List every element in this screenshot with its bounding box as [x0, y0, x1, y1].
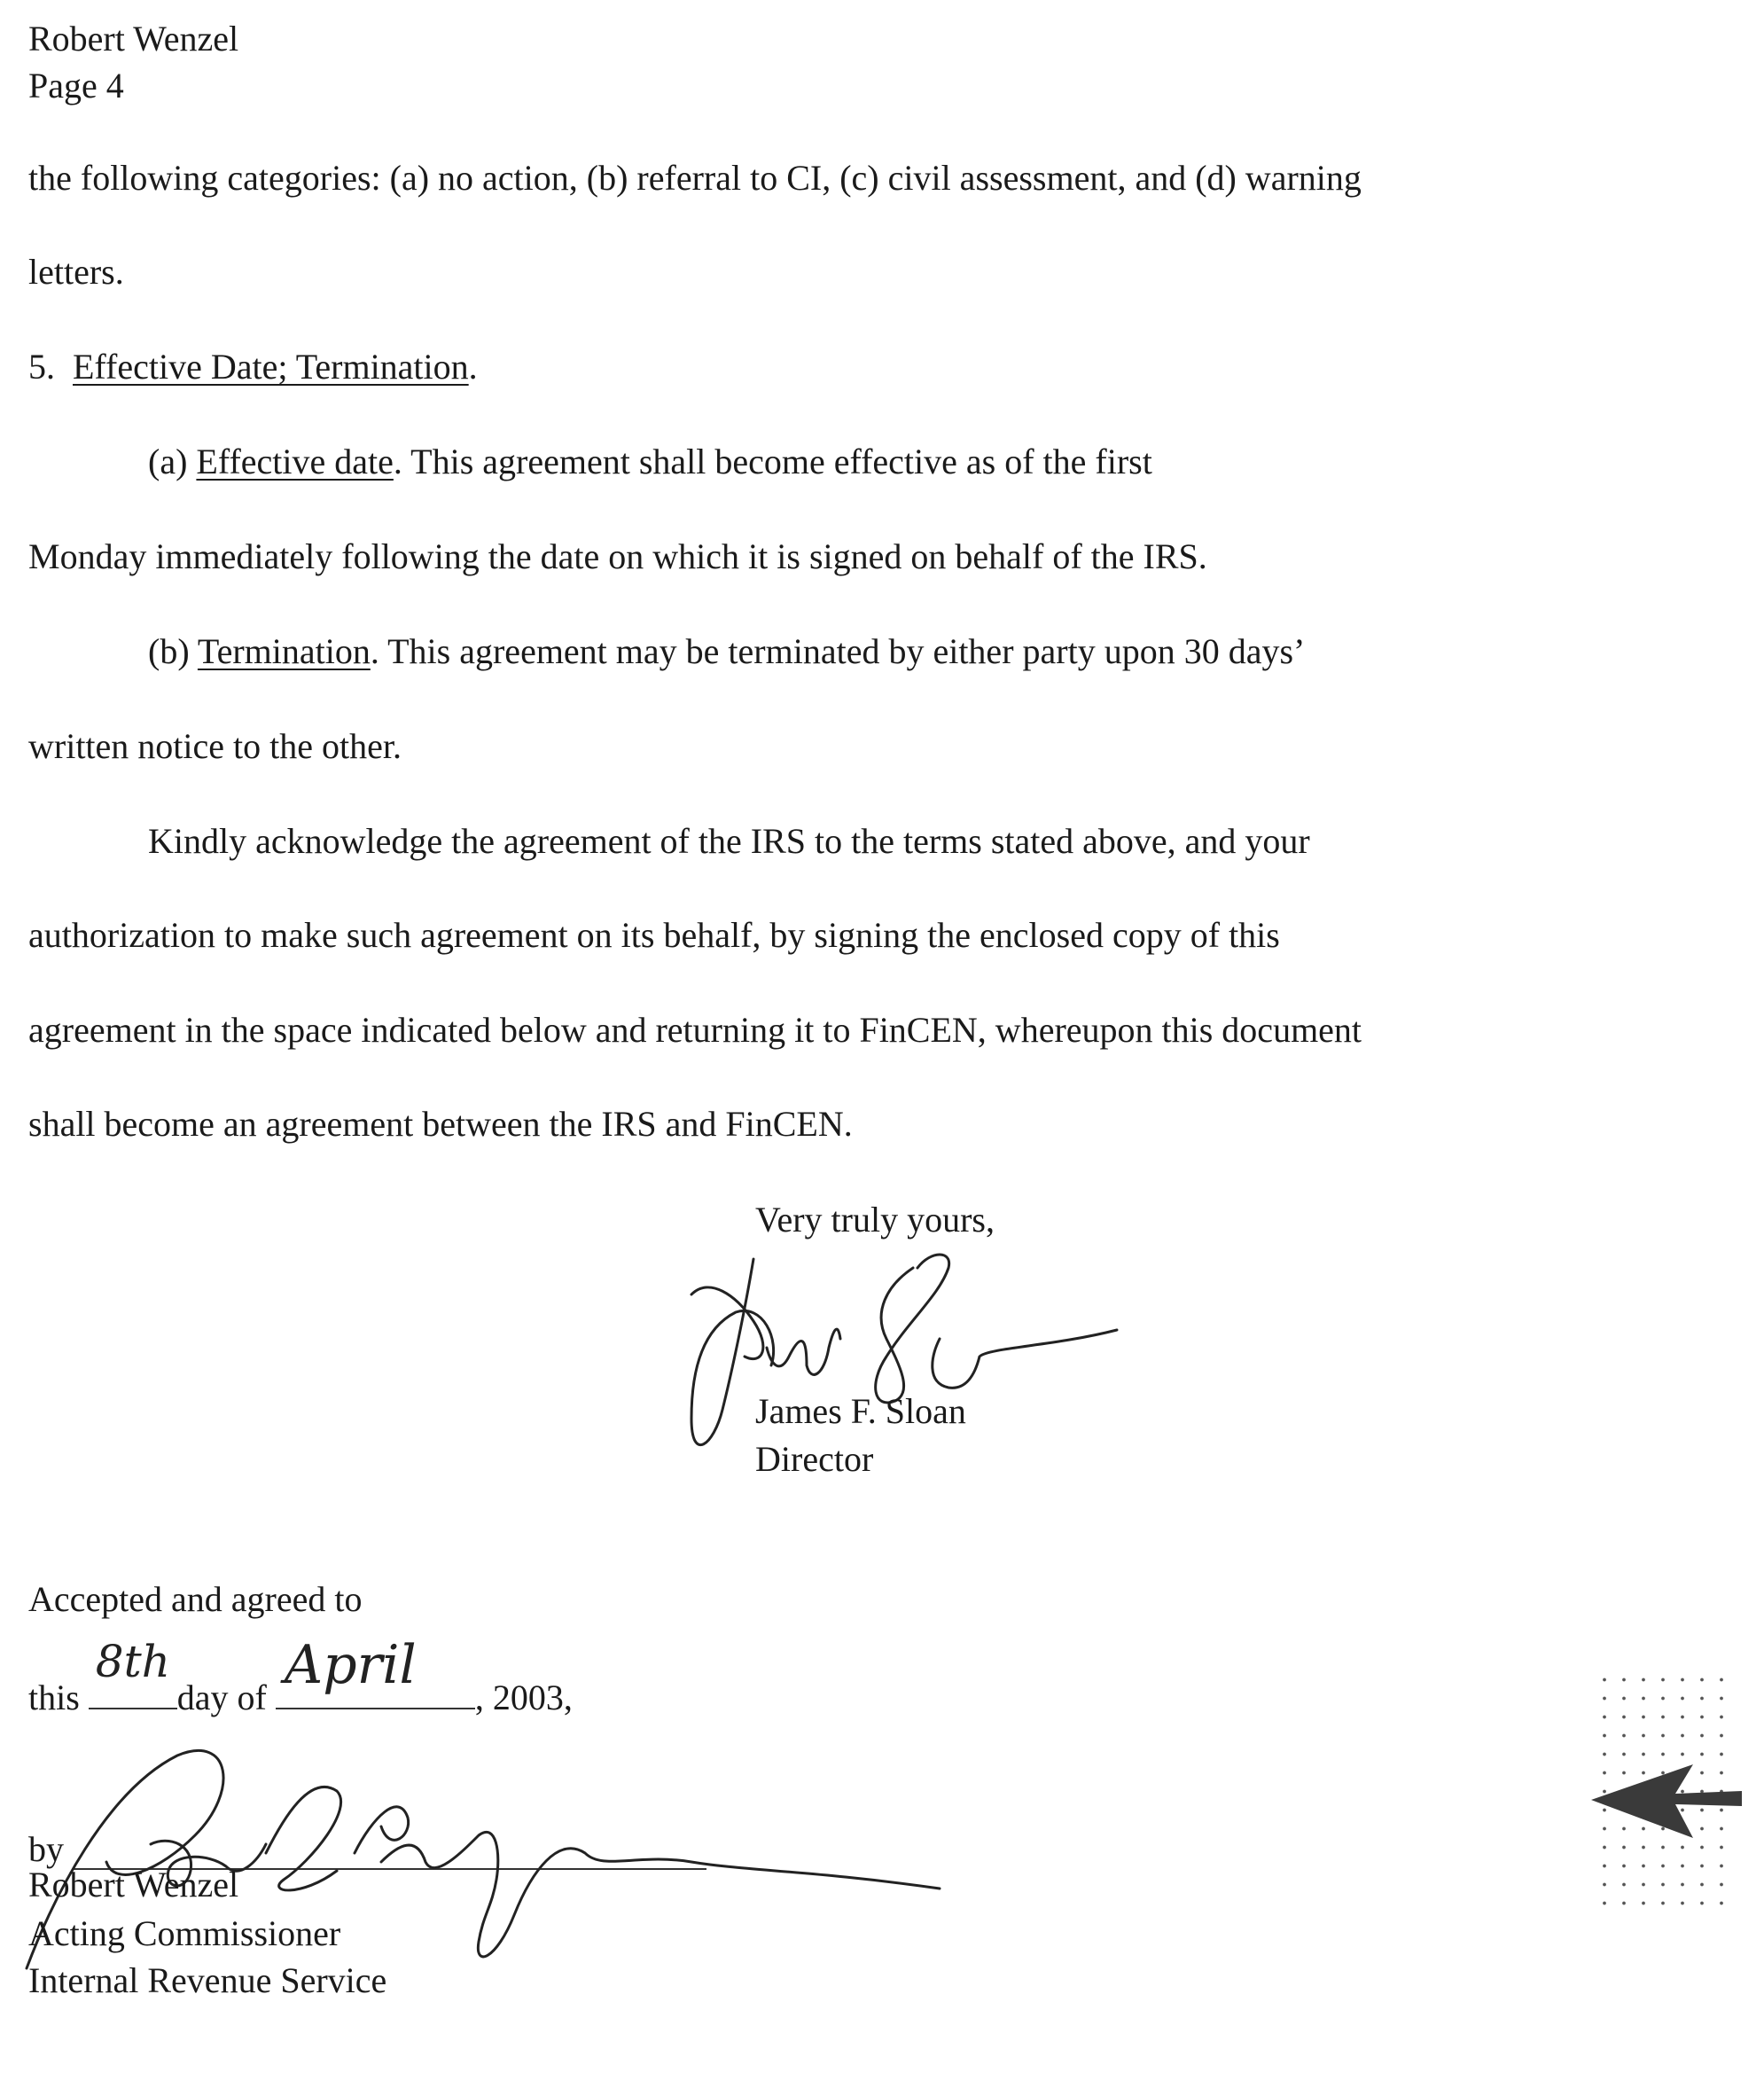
arrow-left-icon	[1591, 1760, 1742, 1840]
day-field: 8th	[89, 1676, 177, 1709]
this-label: this	[28, 1678, 80, 1717]
body-line: the following categories: (a) no action,…	[28, 157, 1362, 199]
section-heading: 5. Effective Date; Termination.	[28, 346, 478, 388]
letter-recipient-header: Robert Wenzel	[28, 18, 238, 60]
subsection-b: (b) Termination. This agreement may be t…	[148, 630, 1305, 673]
month-value-handwritten: April	[285, 1644, 417, 1686]
acceptance-date-line: this 8th day of April , 2003,	[28, 1676, 573, 1719]
subsection-text: . This agreement shall become effective …	[394, 442, 1152, 481]
body-line: letters.	[28, 251, 124, 293]
subsection-label: (b)	[148, 631, 190, 671]
complimentary-close: Very truly yours,	[755, 1199, 995, 1241]
signatory-name: Robert Wenzel	[28, 1864, 238, 1906]
section-title-punct: .	[469, 347, 478, 387]
signatory-organization: Internal Revenue Service	[28, 1959, 386, 2002]
closing-paragraph-line: agreement in the space indicated below a…	[28, 1009, 1362, 1052]
subsection-text: . This agreement may be terminated by ei…	[371, 631, 1306, 671]
body-line: written notice to the other.	[28, 725, 402, 768]
day-value-handwritten: 8th	[96, 1640, 170, 1683]
body-line: Monday immediately following the date on…	[28, 536, 1207, 578]
year-text: , 2003,	[475, 1678, 573, 1717]
signatory-title: Acting Commissioner	[28, 1912, 340, 1955]
section-title: Effective Date; Termination	[73, 347, 469, 387]
subsection-title: Effective date	[196, 442, 393, 481]
subsection-a: (a) Effective date. This agreement shall…	[148, 441, 1152, 483]
sender-name: James F. Sloan	[755, 1390, 966, 1433]
month-field: April	[276, 1676, 475, 1709]
sender-title: Director	[755, 1438, 873, 1481]
subsection-label: (a)	[148, 442, 187, 481]
closing-paragraph-line: shall become an agreement between the IR…	[28, 1103, 853, 1146]
subsection-title: Termination	[198, 631, 371, 671]
sloan-signature	[683, 1241, 1143, 1490]
sign-here-sticker	[1591, 1667, 1737, 1911]
closing-paragraph-line: authorization to make such agreement on …	[28, 914, 1280, 957]
acceptance-intro: Accepted and agreed to	[28, 1578, 362, 1621]
section-number: 5.	[28, 347, 55, 387]
closing-paragraph-line: Kindly acknowledge the agreement of the …	[148, 820, 1310, 863]
day-of-label: day of	[177, 1678, 267, 1717]
page-number: Page 4	[28, 65, 124, 107]
